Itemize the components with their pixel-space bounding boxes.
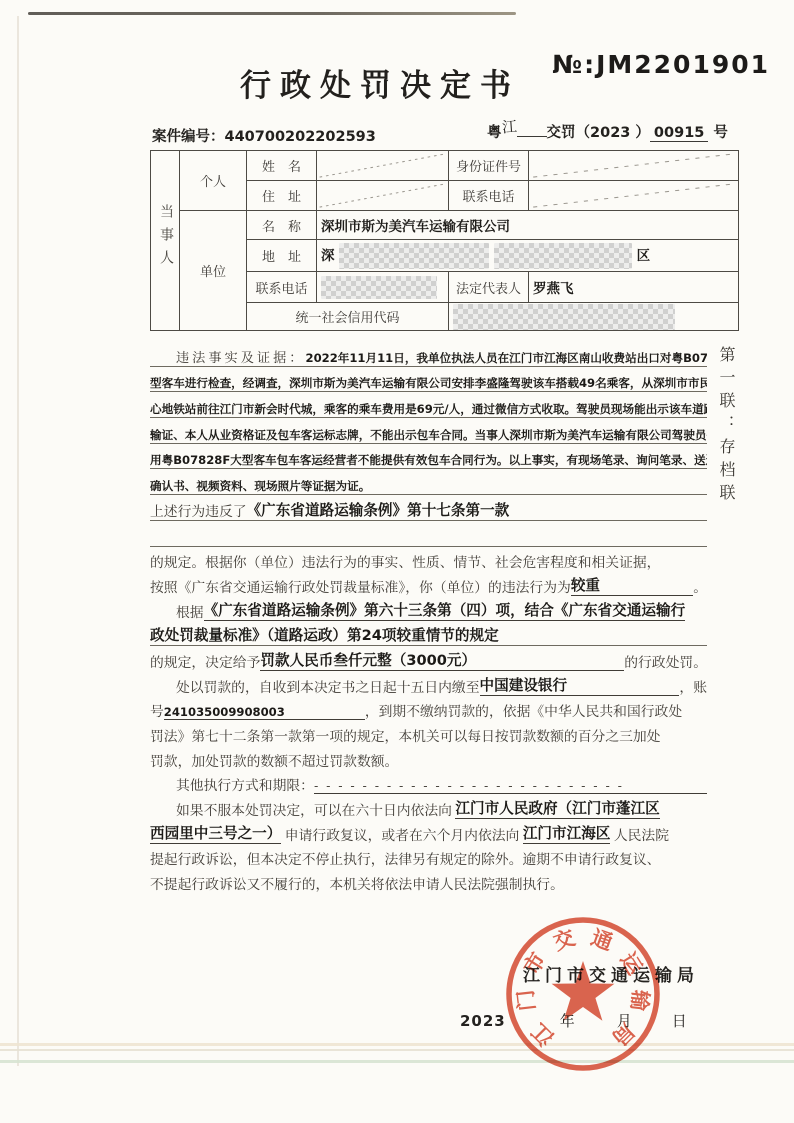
addr-label-cell: 住 址 xyxy=(247,181,317,211)
blank-diagonal-icon xyxy=(529,151,738,180)
body-line: 罚法》第七十二条第一款第一项的规定，本机关可以每日按罚款数额的百分之三加处 xyxy=(150,720,707,745)
party-label-cell: 当事人 xyxy=(151,151,180,331)
text-segment: 心地铁站前往江门市新会时代城，乘客的乘车费用是69元/人，通过微信方式收取。驾驶… xyxy=(150,401,707,417)
copy-side-label: 第一联：存档联 xyxy=(714,346,737,507)
body-line: 其他执行方式和期限：- - - - - - - - - - - - - - - … xyxy=(150,770,707,795)
case-number-row: 案件编号：440700202202593 xyxy=(152,125,376,146)
body-line: 型客车进行检查，经调查，深圳市斯为美汽车运输有限公司安排李盛隆驾驶该车搭载49名… xyxy=(150,367,707,393)
text-segment: 的规定，决定给予 xyxy=(150,651,260,671)
unit-label-cell: 单位 xyxy=(180,211,247,331)
body-line: 西园里中三号之一） 申请行政复议，或者在六个月内依法向 江门市江海区 人民法院 xyxy=(150,819,707,844)
body-line: 上述行为违反了《广东省道路运输条例》第十七条第一款 xyxy=(150,495,707,521)
body-line: 输证、本人从业资格证及包车客运标志牌，不能出示包车合同。当事人深圳市斯为美汽车运… xyxy=(150,418,707,444)
case-number-label: 案件编号： xyxy=(152,129,225,145)
individual-label-cell: 个人 xyxy=(180,151,247,211)
text-segment: 用粤B07828F大型客车包车客运经营者不能提供有效包车合同行为。以上事实，有现… xyxy=(150,452,707,468)
body-line: 的规定。根据你（单位）违法行为的事实、性质、情节、社会危害程度和相关证据， xyxy=(150,547,707,572)
body-line: 违法事实及证据：2022年11月11日，我单位执法人员在江门市江海区南山收费站出… xyxy=(150,341,707,367)
text-segment: 不提起行政诉讼又不履行的，本机关将依法申请人民法院强制执行。 xyxy=(150,873,564,893)
text-segment: 罚法》第七十二条第一款第一项的规定，本机关可以每日按罚款数额的百分之三加处 xyxy=(150,725,660,745)
text-segment: 政处罚裁量标准》（道路运政）第24项较重情节的规定 xyxy=(150,624,499,645)
body-line: 用粤B07828F大型客车包车客运经营者不能提供有效包车合同行为。以上事实，有现… xyxy=(150,444,707,470)
scan-band-artifact xyxy=(0,1043,794,1046)
ref-prefix: 粤 xyxy=(487,125,502,141)
id-label-cell: 身份证件号 xyxy=(449,151,529,181)
legal-rep-value: 罗燕飞 xyxy=(529,272,739,303)
body-line xyxy=(150,521,707,547)
redacted-mosaic xyxy=(339,243,489,269)
credit-code-value xyxy=(449,303,739,331)
text-segment: 江门市江海区 xyxy=(523,822,611,844)
phone-label-cell: 联系电话 xyxy=(449,181,529,211)
phone-value-cell xyxy=(529,181,739,211)
text-segment: 西园里中三号之一） xyxy=(150,822,281,844)
text-segment: 中国建设银行 xyxy=(480,674,568,696)
body-line: 根据《广东省道路运输条例》第六十三条第（四）项，结合《广东省交通运输行 xyxy=(150,596,707,621)
text-segment: 2022年11月11日，我单位执法人员在江门市江海区南山收费站出口对粤B0782… xyxy=(306,350,708,366)
party-info-table: 当事人 个人 姓 名 身份证件号 住 址 联系电话 单位 名 称 深圳市斯为美汽… xyxy=(150,150,739,331)
unit-addr-suffix: 区 xyxy=(637,248,651,264)
body-line: 按照《广东省交通运输行政处罚裁量标准》，你（单位）的违法行为为较重。 xyxy=(150,571,707,596)
body-line: 如果不服本处罚决定，可以在六十日内依法向 江门市人民政府（江门市蓬江区 xyxy=(150,794,707,819)
case-number-value: 440700202202593 xyxy=(225,129,376,145)
unit-addr-prefix: 深 xyxy=(321,248,335,264)
text-segment: 根据 xyxy=(176,601,204,621)
unit-addr-label-cell: 地 址 xyxy=(247,240,317,272)
redacted-mosaic xyxy=(453,304,675,330)
body-line: 提起行政诉讼，但本决定不停止执行，法律另有规定的除外。逾期不申请行政复议、 xyxy=(150,844,707,869)
body-line: 处以罚款的，自收到本决定书之日起十五日内缴至中国建设银行，账 xyxy=(150,671,707,696)
ref-mid: 交罚（2023 ） xyxy=(547,125,650,141)
body-line: 号241035009908003，到期不缴纳罚款的，依据《中华人民共和国行政处 xyxy=(150,696,707,721)
addr-value-cell xyxy=(317,181,449,211)
text-segment: ，账 xyxy=(679,676,707,696)
ref-number: 00915 xyxy=(650,125,708,142)
body-line: 的规定，决定给予罚款人民币叁仟元整（3000元）的行政处罚。 xyxy=(150,646,707,671)
body-line: 罚款，加处罚款的数额不超过罚款数额。 xyxy=(150,745,707,770)
text-segment: 输证、本人从业资格证及包车客运标志牌，不能出示包车合同。当事人深圳市斯为美汽车运… xyxy=(150,427,707,443)
seal-char: 输 xyxy=(627,988,653,1013)
text-segment: 号 xyxy=(150,700,164,720)
text-segment: 确认书、视频资料、现场照片等证据为证。 xyxy=(150,478,370,494)
text-segment: - - - - - - - - - - - - - - - - - - - - … xyxy=(314,779,707,794)
blank-diagonal-icon xyxy=(529,181,738,210)
text-segment xyxy=(600,595,693,596)
text-segment: 的规定。根据你（单位）违法行为的事实、性质、情节、社会危害程度和相关证据， xyxy=(150,551,660,571)
seal-char: 交 xyxy=(550,925,578,955)
seal-char: 通 xyxy=(588,925,616,955)
body-line: 政处罚裁量标准》（道路运政）第24项较重情节的规定 xyxy=(150,621,707,647)
unit-addr-value: 深 区 xyxy=(317,240,739,272)
text-segment: 违法事实及证据： xyxy=(176,347,306,366)
text-segment: 处以罚款的，自收到本决定书之日起十五日内缴至 xyxy=(176,676,480,696)
scan-band-artifact xyxy=(0,1049,794,1051)
text-segment: 江门市人民政府（江门市蓬江区 xyxy=(455,797,659,819)
unit-name-label-cell: 名 称 xyxy=(247,211,317,240)
body-line: 不提起行政诉讼又不履行的，本机关将依法申请人民法院强制执行。 xyxy=(150,868,707,893)
name-label-cell: 姓 名 xyxy=(247,151,317,181)
reference-number-row: 粤江交罚（2023 ）00915 号 xyxy=(487,121,728,142)
text-segment: 按照《广东省交通运输行政处罚裁量标准》，你（单位）的违法行为为 xyxy=(150,576,571,596)
text-segment: 241035009908003 xyxy=(164,705,285,720)
text-segment: 较重 xyxy=(571,574,600,596)
unit-phone-label-cell: 联系电话 xyxy=(247,272,317,303)
party-label: 当事人 xyxy=(155,204,175,273)
ref-blank-underline xyxy=(517,136,547,137)
seal-char: 门 xyxy=(513,989,539,1013)
redacted-mosaic xyxy=(321,276,437,299)
text-segment: 。 xyxy=(693,576,707,596)
credit-code-label-cell: 统一社会信用代码 xyxy=(247,303,449,331)
id-value-cell xyxy=(529,151,739,181)
text-segment: 《广东省道路运输条例》第六十三条第（四）项，结合《广东省交通运输行 xyxy=(204,599,686,621)
text-segment: 的行政处罚。 xyxy=(624,651,707,671)
blank-diagonal-icon xyxy=(317,151,448,180)
scan-band-artifact xyxy=(0,1060,794,1063)
date-day-char: 日 xyxy=(672,1014,687,1030)
legal-rep-label-cell: 法定代表人 xyxy=(449,272,529,303)
text-segment: 《广东省道路运输条例》第十七条第一款 xyxy=(247,499,510,520)
body-text-block: 违法事实及证据：2022年11月11日，我单位执法人员在江门市江海区南山收费站出… xyxy=(150,341,707,893)
scanned-document-page: 行政处罚决定书 №:JM2201901 案件编号：440700202202593… xyxy=(0,0,794,1123)
seal-star-icon xyxy=(552,961,615,1021)
body-line: 确认书、视频资料、现场照片等证据为证。 xyxy=(150,469,707,495)
document-number: №:JM2201901 xyxy=(552,50,770,79)
text-segment: 人民法院 xyxy=(610,824,669,844)
text-segment xyxy=(567,695,679,696)
text-segment: 上述行为违反了 xyxy=(150,500,247,520)
name-value-cell xyxy=(317,151,449,181)
text-segment: 罚款人民币叁仟元整（3000元） xyxy=(260,649,476,671)
text-segment xyxy=(476,670,624,671)
text-segment xyxy=(285,719,365,720)
unit-phone-value xyxy=(317,272,449,303)
text-segment: 如果不服本处罚决定，可以在六十日内依法向 xyxy=(176,799,455,819)
text-segment: ，到期不缴纳罚款的，依据《中华人民共和国行政处 xyxy=(365,700,682,720)
official-red-seal: 江门市交通运输局 xyxy=(497,906,669,1082)
text-segment: 型客车进行检查，经调查，深圳市斯为美汽车运输有限公司安排李盛隆驾驶该车搭载49名… xyxy=(150,375,707,391)
text-segment: 申请行政复议，或者在六个月内依法向 xyxy=(281,824,522,844)
text-segment: 罚款，加处罚款的数额不超过罚款数额。 xyxy=(150,750,398,770)
ref-handwritten: 江 xyxy=(501,116,517,138)
redacted-mosaic xyxy=(494,243,632,269)
ref-suffix: 号 xyxy=(708,125,728,141)
unit-name-value: 深圳市斯为美汽车运输有限公司 xyxy=(317,211,739,240)
fold-line-artifact xyxy=(17,16,19,1066)
text-segment: 提起行政诉讼，但本决定不停止执行，法律另有规定的除外。逾期不申请行政复议、 xyxy=(150,848,660,868)
scan-edge-artifact xyxy=(28,12,516,15)
body-line: 心地铁站前往江门市新会时代城，乘客的乘车费用是69元/人，通过微信方式收取。驾驶… xyxy=(150,392,707,418)
blank-diagonal-icon xyxy=(317,181,448,210)
text-segment: 其他执行方式和期限： xyxy=(176,774,314,794)
